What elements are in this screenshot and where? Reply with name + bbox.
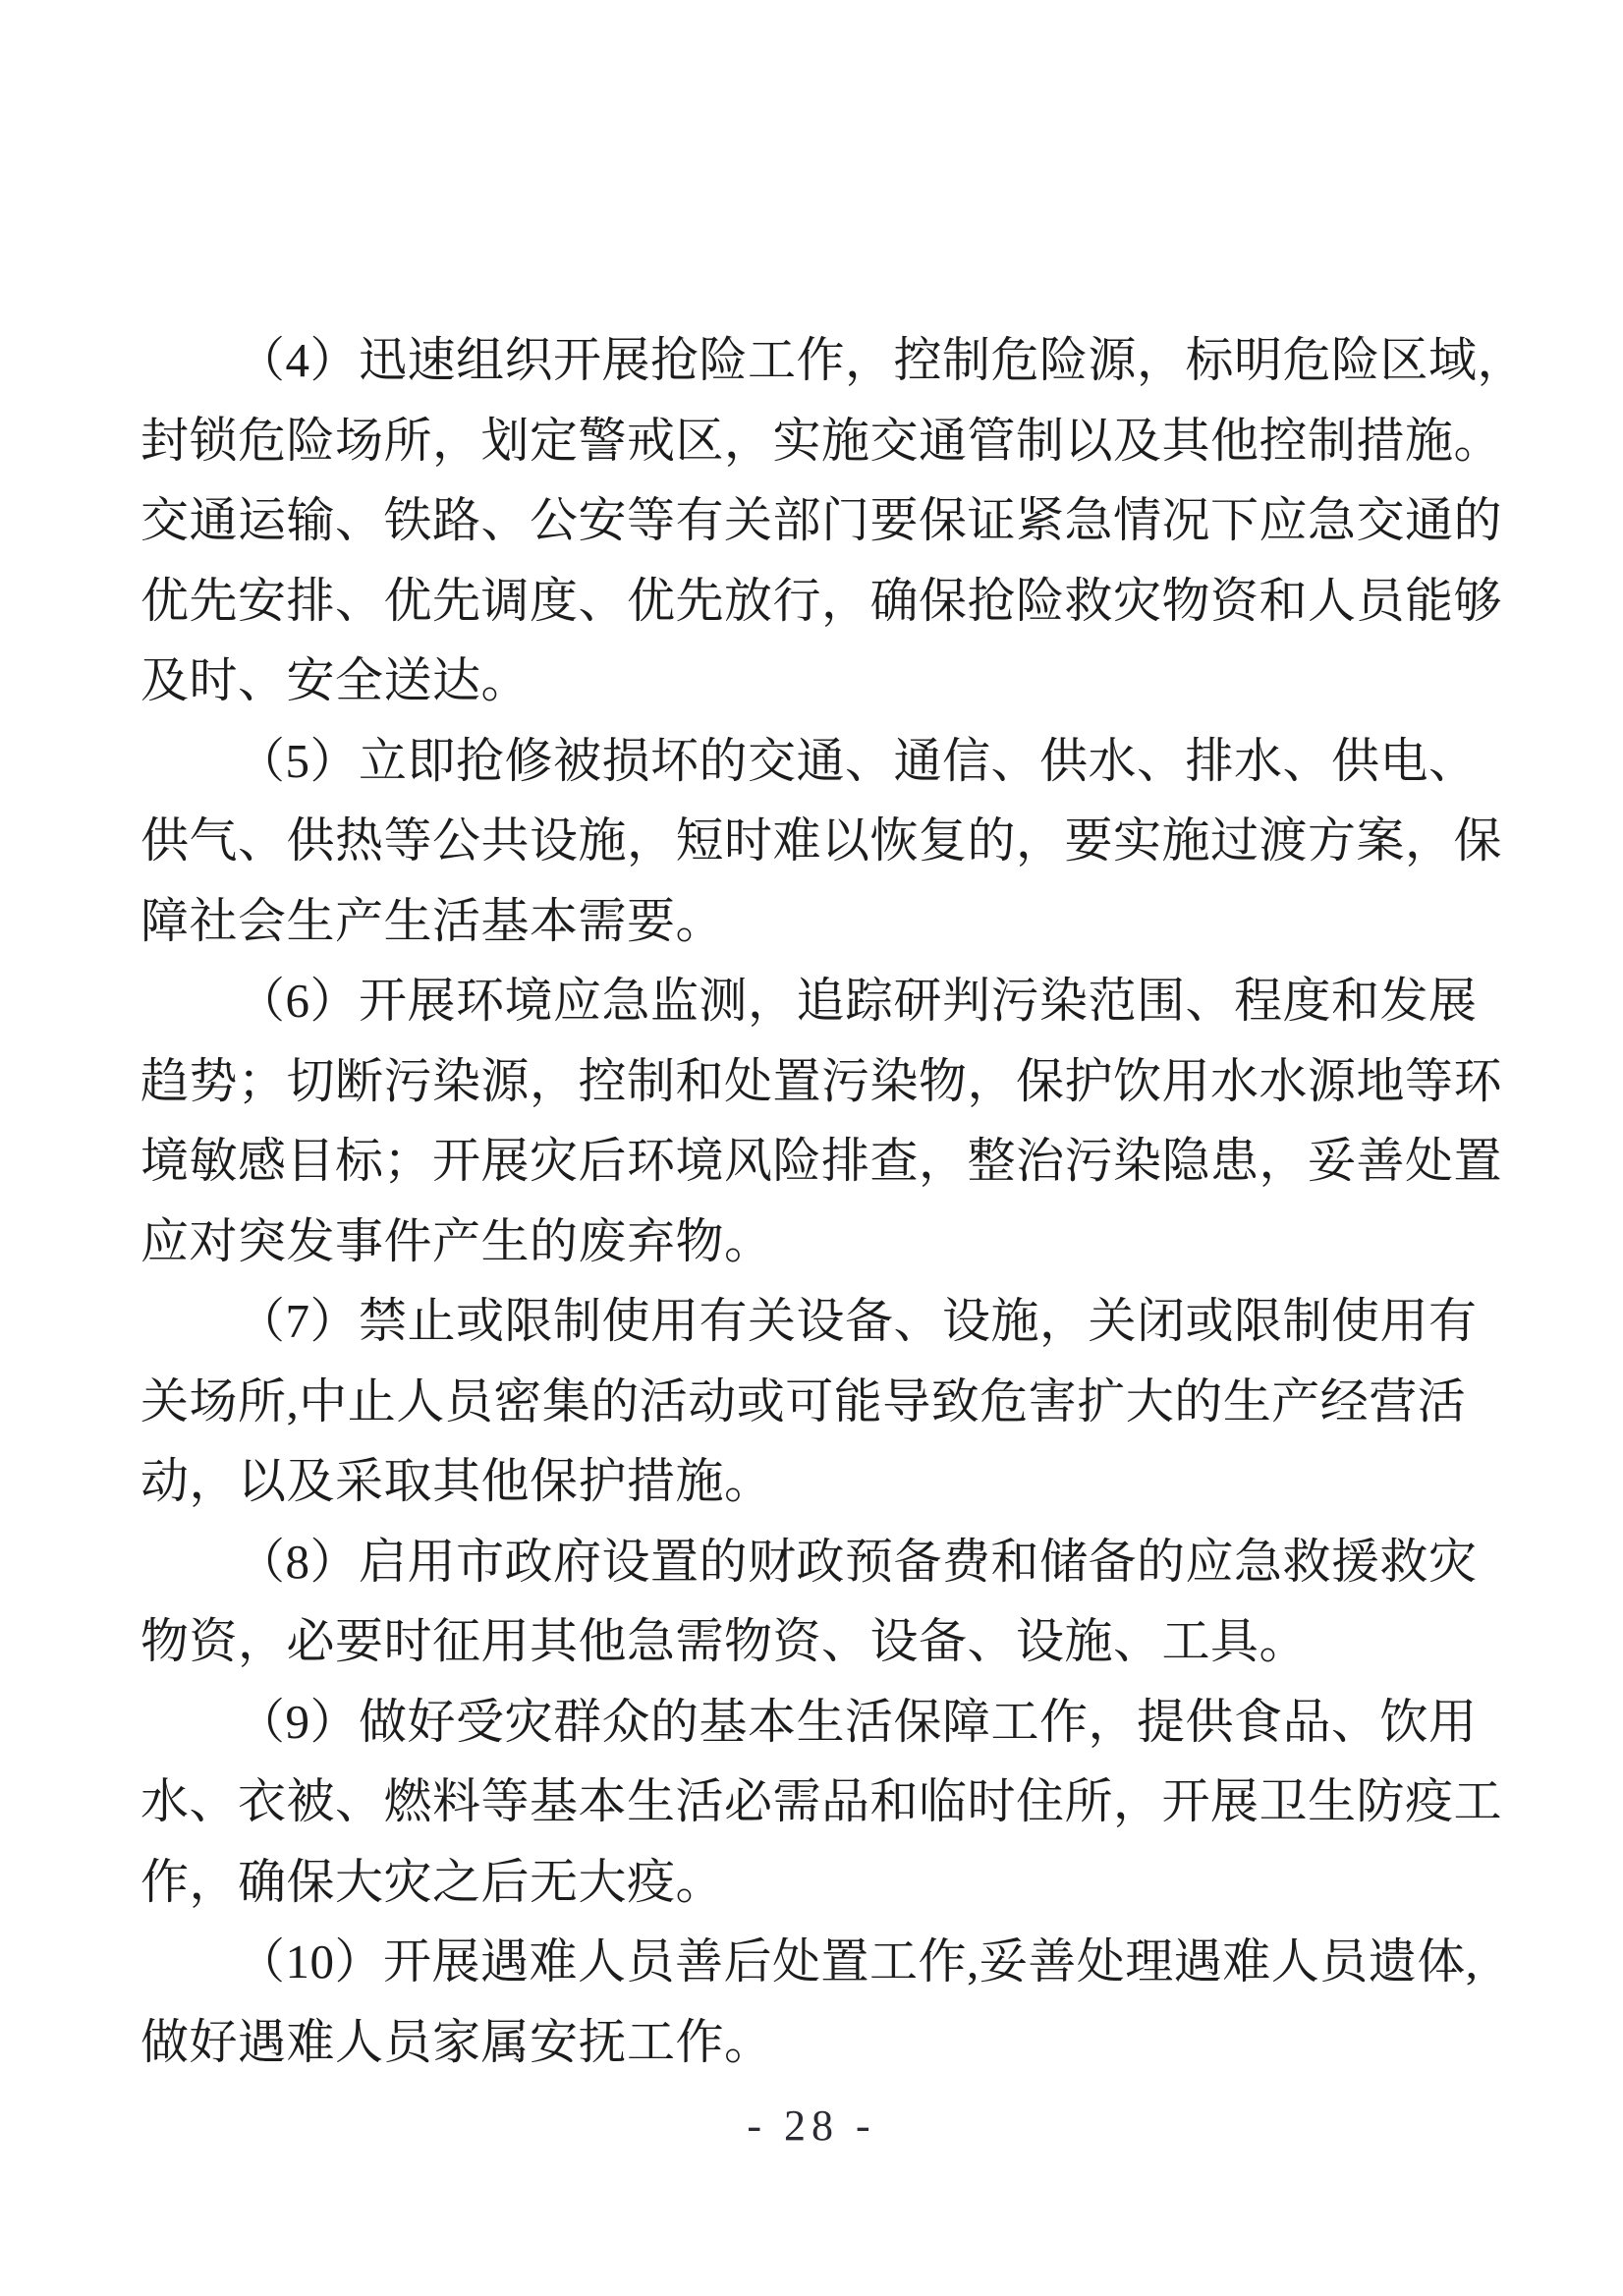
document-page: （4）迅速组织开展抢险工作，控制危险源，标明危险区域，封锁危险场所，划定警戒区，…: [0, 0, 1623, 2296]
text-line: 供气、供热等公共设施，短时难以恢复的，要实施过渡方案，保: [140, 801, 1488, 881]
page-number: - 28 -: [747, 2101, 875, 2150]
text-line: 作，确保大灾之后无大疫。: [140, 1842, 1488, 1923]
page-footer: - 28 -: [0, 2100, 1623, 2151]
text-line: 水、衣被、燃料等基本生活必需品和临时住所，开展卫生防疫工: [140, 1762, 1488, 1842]
text-line: （6）开展环境应急监测，追踪研判污染范围、程度和发展: [140, 961, 1488, 1041]
text-line: （7）禁止或限制使用有关设备、设施，关闭或限制使用有: [140, 1281, 1488, 1362]
text-line: （5）立即抢修被损坏的交通、通信、供水、排水、供电、: [140, 721, 1488, 802]
document-body: （4）迅速组织开展抢险工作，控制危险源，标明危险区域，封锁危险场所，划定警戒区，…: [140, 320, 1488, 2082]
text-line: （4）迅速组织开展抢险工作，控制危险源，标明危险区域，: [140, 320, 1488, 401]
text-line: 趋势；切断污染源，控制和处置污染物，保护饮用水水源地等环: [140, 1041, 1488, 1122]
text-line: 做好遇难人员家属安抚工作。: [140, 2002, 1488, 2083]
text-line: 优先安排、优先调度、优先放行，确保抢险救灾物资和人员能够: [140, 561, 1488, 642]
text-line: （10）开展遇难人员善后处置工作,妥善处理遇难人员遗体,: [140, 1922, 1488, 2002]
text-line: 物资，必要时征用其他急需物资、设备、设施、工具。: [140, 1601, 1488, 1682]
text-line: 交通运输、铁路、公安等有关部门要保证紧急情况下应急交通的: [140, 480, 1488, 561]
text-line: 封锁危险场所，划定警戒区，实施交通管制以及其他控制措施。: [140, 401, 1488, 481]
text-line: （8）启用市政府设置的财政预备费和储备的应急救援救灾: [140, 1522, 1488, 1602]
text-line: 及时、安全送达。: [140, 641, 1488, 721]
text-line: （9）做好受灾群众的基本生活保障工作，提供食品、饮用: [140, 1682, 1488, 1763]
text-line: 关场所,中止人员密集的活动或可能导致危害扩大的生产经营活: [140, 1362, 1488, 1442]
text-line: 应对突发事件产生的废弃物。: [140, 1202, 1488, 1282]
text-line: 境敏感目标；开展灾后环境风险排查，整治污染隐患，妥善处置: [140, 1121, 1488, 1202]
text-line: 障社会生产生活基本需要。: [140, 881, 1488, 962]
text-line: 动，以及采取其他保护措施。: [140, 1441, 1488, 1522]
